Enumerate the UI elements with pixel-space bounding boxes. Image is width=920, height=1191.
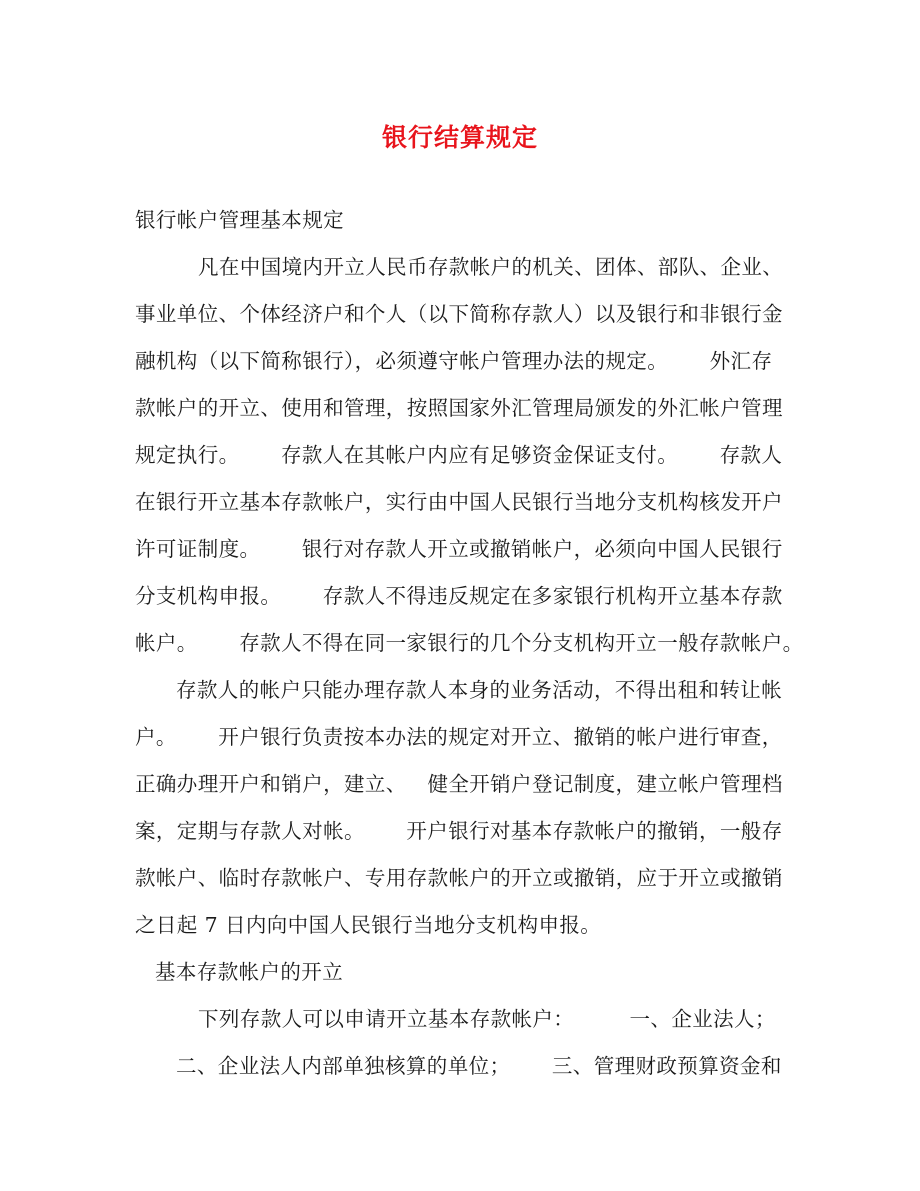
paragraph-line: 正确办理开户和销户，建立、 健全开销户登记制度，建立帐户管理档 bbox=[135, 770, 783, 798]
paragraph-line: 案，定期与存款人对帐。 开户银行对基本存款帐户的撤销，一般存 bbox=[135, 817, 783, 845]
paragraph-line: 许可证制度。 银行对存款人开立或撤销帐户，必须向中国人民银行 bbox=[135, 535, 783, 563]
paragraph-line: 下列存款人可以申请开立基本存款帐户： 一、企业法人； bbox=[198, 1005, 776, 1033]
paragraph-line: 之日起 7 日内向中国人民银行当地分支机构申报。 bbox=[135, 911, 601, 939]
section-heading: 基本存款帐户的开立 bbox=[155, 958, 343, 986]
paragraph-line: 融机构（以下简称银行），必须遵守帐户管理办法的规定。 外汇存 bbox=[135, 347, 772, 375]
document-title: 银行结算规定 bbox=[0, 120, 920, 156]
paragraph-line: 款帐户的开立、使用和管理，按照国家外汇管理局颁发的外汇帐户管理 bbox=[135, 394, 783, 422]
paragraph-line: 在银行开立基本存款帐户，实行由中国人民银行当地分支机构核发开户 bbox=[135, 488, 783, 516]
paragraph-line: 户。 开户银行负责按本办法的规定对开立、撤销的帐户进行审查， bbox=[135, 723, 783, 751]
paragraph-line: 二、企业法人内部单独核算的单位； 三、管理财政预算资金和 bbox=[176, 1052, 782, 1080]
paragraph-line: 帐户。 存款人不得在同一家银行的几个分支机构开立一般存款帐户。 bbox=[135, 629, 804, 657]
paragraph-line: 存款人的帐户只能办理存款人本身的业务活动，不得出租和转让帐 bbox=[176, 676, 782, 704]
document-page: 银行结算规定 银行帐户管理基本规定 凡在中国境内开立人民币存款帐户的机关、团体、… bbox=[0, 0, 920, 1191]
paragraph-line: 款帐户、临时存款帐户、专用存款帐户的开立或撤销，应于开立或撤销 bbox=[135, 864, 783, 892]
paragraph-line: 规定执行。 存款人在其帐户内应有足够资金保证支付。 存款人 bbox=[135, 441, 782, 469]
paragraph-line: 事业单位、个体经济户和个人（以下简称存款人）以及银行和非银行金 bbox=[135, 300, 783, 328]
section-heading: 银行帐户管理基本规定 bbox=[135, 206, 344, 234]
paragraph-line: 分支机构申报。 存款人不得违反规定在多家银行机构开立基本存款 bbox=[135, 582, 783, 610]
paragraph-line: 凡在中国境内开立人民币存款帐户的机关、团体、部队、企业、 bbox=[198, 253, 783, 281]
